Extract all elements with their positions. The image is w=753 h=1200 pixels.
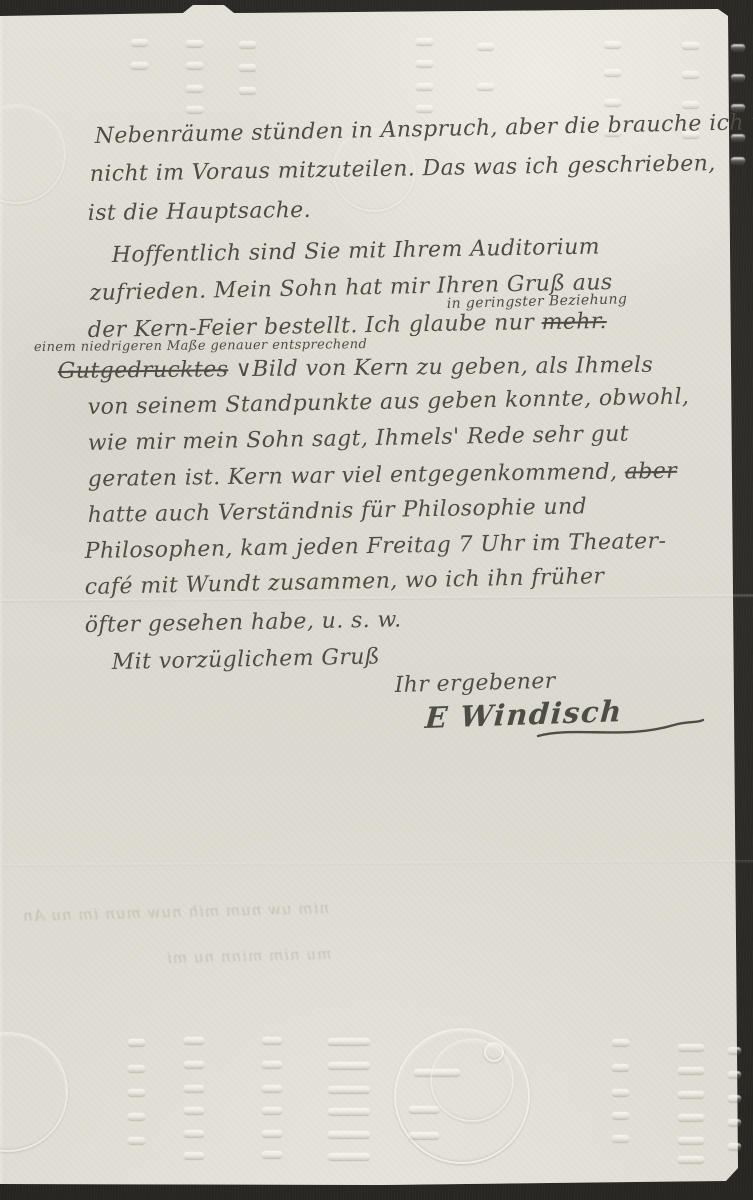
emboss-dash <box>184 1062 204 1068</box>
emboss-dash <box>186 41 203 47</box>
emboss-dash <box>678 1157 704 1163</box>
emboss-dash <box>728 1144 741 1150</box>
emboss-dash <box>239 88 256 94</box>
emboss-dash <box>477 44 494 50</box>
strikethrough-text: aber <box>625 459 678 485</box>
emboss-dash <box>262 1062 282 1068</box>
emboss-dash <box>416 106 433 112</box>
emboss-dash <box>477 84 494 90</box>
emboss-dash <box>731 158 745 164</box>
emboss-dash <box>416 84 433 90</box>
emboss-dash <box>128 1090 145 1096</box>
handwriting-text: einem niedrigeren Maße genauer entsprech… <box>34 337 367 355</box>
strikethrough-text: mehr. <box>541 309 607 335</box>
handwriting-text: Ihr ergebener <box>394 669 556 698</box>
signature-flourish <box>536 716 706 746</box>
emboss-dash <box>328 1063 370 1069</box>
emboss-dash <box>604 70 621 76</box>
emboss-dash <box>612 1136 629 1142</box>
emboss-dash <box>682 102 699 108</box>
emboss-dash <box>678 1068 704 1074</box>
emboss-dash <box>184 1108 204 1114</box>
emboss-dash <box>731 45 745 51</box>
emboss-dash <box>328 1039 370 1045</box>
emboss-dash <box>728 1096 741 1102</box>
emboss-dash <box>731 75 745 81</box>
emboss-dash <box>328 1132 370 1138</box>
emboss-dash <box>128 1040 145 1046</box>
emboss-dash <box>612 1113 629 1119</box>
handwriting-text: ∨Bild von Kern zu geben, als Ihmels <box>228 353 653 382</box>
emboss-dash <box>184 1153 204 1159</box>
emboss-dash <box>186 86 203 92</box>
emboss-dash <box>131 40 148 46</box>
emboss-dash <box>728 1120 741 1126</box>
emboss-seal-ring <box>484 1042 504 1062</box>
emboss-dash <box>239 42 256 48</box>
emboss-dash <box>728 1072 741 1078</box>
emboss-dash <box>262 1152 282 1158</box>
emboss-dash <box>682 72 699 78</box>
emboss-dash <box>186 63 203 69</box>
emboss-dash <box>678 1092 704 1098</box>
handwriting-text: ist die Hauptsache. <box>88 198 312 226</box>
emboss-dash <box>678 1045 704 1051</box>
handwriting-line: ist die Hauptsache. <box>88 198 312 226</box>
emboss-dash <box>328 1109 370 1115</box>
emboss-dash <box>131 63 148 69</box>
handwriting-line: einem niedrigeren Maße genauer entsprech… <box>34 337 367 355</box>
emboss-dash <box>128 1066 145 1072</box>
emboss-dash <box>128 1138 145 1144</box>
emboss-dash <box>604 100 621 106</box>
emboss-dash <box>678 1138 704 1144</box>
emboss-dash <box>728 1048 741 1054</box>
emboss-dash <box>184 1038 204 1044</box>
emboss-dash <box>328 1087 370 1093</box>
letter-scan: nim uw num mih nuw mun im nu Anmu nim mi… <box>0 0 753 1200</box>
emboss-dash <box>731 135 745 141</box>
emboss-dash <box>184 1131 204 1137</box>
emboss-dash <box>184 1086 204 1092</box>
handwriting-line: Ihr ergebener <box>394 669 556 698</box>
emboss-dash <box>262 1131 282 1137</box>
emboss-dash <box>678 1115 704 1121</box>
emboss-dash <box>262 1086 282 1092</box>
emboss-dash <box>612 1090 629 1096</box>
emboss-dash <box>262 1108 282 1114</box>
emboss-dash <box>612 1065 629 1071</box>
emboss-dash <box>239 65 256 71</box>
emboss-dash <box>128 1114 145 1120</box>
emboss-dash <box>612 1040 629 1046</box>
emboss-dash <box>328 1154 370 1160</box>
emboss-dash <box>416 61 433 67</box>
emboss-dash <box>262 1038 282 1044</box>
emboss-dash <box>416 39 433 45</box>
strikethrough-text: Gutgedrucktes <box>58 357 229 384</box>
emboss-dash <box>186 107 203 113</box>
emboss-dash <box>604 42 621 48</box>
emboss-dash <box>682 43 699 49</box>
